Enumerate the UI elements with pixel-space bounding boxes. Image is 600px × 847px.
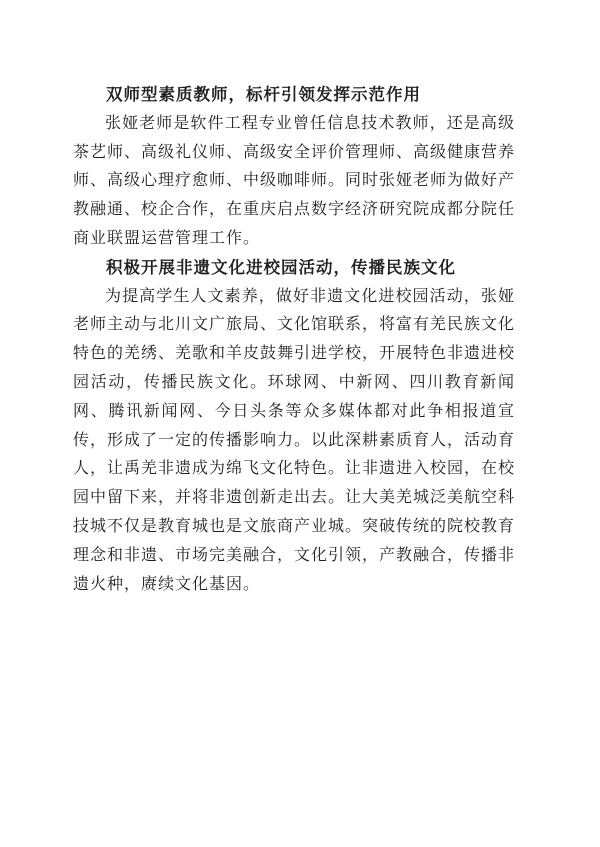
section-2-paragraph: 为提高学生人文素养，做好非遗文化进校园活动，张娅老师主动与北川文广旅局、文化馆联…	[73, 283, 515, 600]
section-2-heading: 积极开展非遗文化进校园活动，传播民族文化	[73, 254, 515, 283]
section-1-paragraph: 张娅老师是软件工程专业曾任信息技术教师，还是高级茶艺师、高级礼仪师、高级安全评价…	[73, 110, 515, 254]
section-1-heading: 双师型素质教师，标杆引领发挥示范作用	[73, 81, 515, 110]
document-page: 双师型素质教师，标杆引领发挥示范作用 张娅老师是软件工程专业曾任信息技术教师，还…	[0, 0, 600, 847]
document-body: 双师型素质教师，标杆引领发挥示范作用 张娅老师是软件工程专业曾任信息技术教师，还…	[73, 81, 515, 599]
